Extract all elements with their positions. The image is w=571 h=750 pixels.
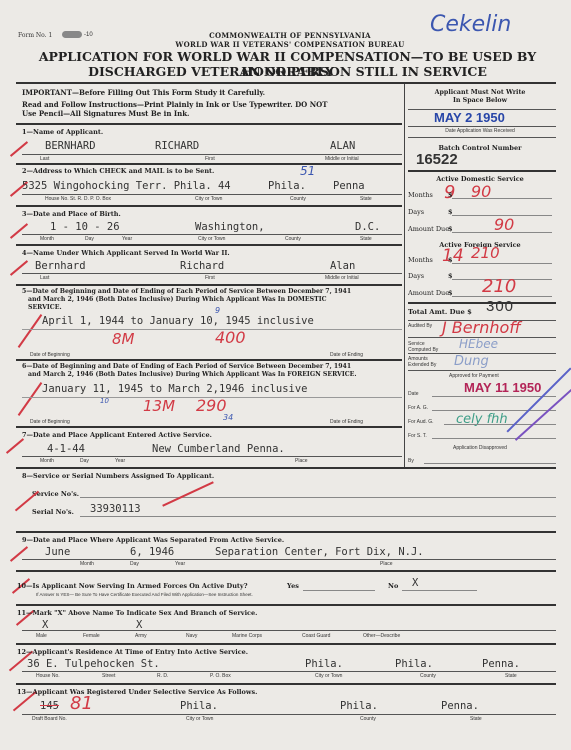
no-line bbox=[402, 590, 477, 591]
caption-place: Place bbox=[380, 561, 393, 567]
caption-last: Last bbox=[40, 275, 49, 281]
dom-days-label: Days bbox=[408, 208, 424, 216]
for-days-label: Days bbox=[408, 272, 424, 280]
foreign-months-annotation: 13M bbox=[143, 397, 175, 415]
field-line bbox=[22, 329, 402, 330]
caption-state: State bbox=[360, 236, 372, 242]
form-code: -10 bbox=[84, 32, 93, 38]
ag-label: For A. G. bbox=[408, 405, 428, 411]
caption-county: County bbox=[285, 236, 301, 242]
option-female[interactable]: Female bbox=[83, 633, 100, 639]
for-amount-value: 210 bbox=[482, 276, 516, 297]
caption-place: Place bbox=[295, 458, 308, 464]
caption-po-box: P. O. Box bbox=[210, 673, 231, 679]
rule bbox=[16, 205, 402, 207]
instruction-pencil: Use Pencil—All Signatures Must Be in Ink… bbox=[22, 109, 190, 118]
caption-city: City or Town bbox=[315, 673, 342, 679]
section-5-label-1: 5—Date of Beginning and Date of Ending o… bbox=[22, 288, 351, 295]
form-title-line-2: DISCHARGED VETERAN OR PERSON STILL IN SE… bbox=[10, 64, 565, 79]
form-number: Form No. 1 bbox=[18, 32, 52, 39]
section-3-label: 3—Date and Place of Birth. bbox=[22, 210, 121, 218]
residence-state[interactable]: Penna. bbox=[482, 658, 520, 670]
field-line bbox=[22, 630, 556, 631]
section-8-label: 8—Service or Serial Numbers Assigned To … bbox=[22, 472, 214, 480]
option-coast-guard[interactable]: Coast Guard bbox=[302, 633, 330, 639]
mailing-street[interactable]: 5325 Wingohocking Terr. Phila. 44 bbox=[22, 180, 231, 192]
disapproved-label: Application Disapproved bbox=[404, 445, 556, 451]
caption-rd: R. D. bbox=[157, 673, 168, 679]
field-line bbox=[452, 232, 552, 233]
rule bbox=[16, 426, 402, 428]
rule bbox=[16, 359, 402, 361]
active-duty-no-field[interactable]: X bbox=[412, 577, 418, 589]
option-navy[interactable]: Navy bbox=[186, 633, 197, 639]
applicant-first-name[interactable]: RICHARD bbox=[155, 140, 199, 152]
total-amount-value: 300 bbox=[486, 298, 514, 315]
caption-house-no: House No. bbox=[36, 673, 60, 679]
birth-date[interactable]: 1 - 10 - 26 bbox=[50, 221, 120, 233]
applicant-last-name[interactable]: BERNHARD bbox=[45, 140, 96, 152]
section-5-label-2: and March 2, 1946 (Both Dates Inclusive)… bbox=[28, 296, 327, 303]
for-months-amount: 210 bbox=[471, 244, 500, 262]
rule bbox=[408, 137, 556, 138]
instruction-read: Read and Follow Instructions—Print Plain… bbox=[22, 100, 327, 109]
caption-day: Day bbox=[80, 458, 89, 464]
entry-place[interactable]: New Cumberland Penna. bbox=[152, 443, 285, 455]
rule bbox=[16, 123, 402, 125]
active-duty-yes-label: Yes bbox=[287, 582, 299, 590]
dom-amount-label: Amount Due bbox=[408, 225, 449, 233]
caption-last: Last bbox=[40, 156, 49, 162]
residence-city[interactable]: Phila. bbox=[305, 658, 343, 670]
caption-street: Street bbox=[102, 673, 115, 679]
option-male[interactable]: Male bbox=[36, 633, 47, 639]
section-10-label: 10—Is Applicant Now Serving In Armed For… bbox=[17, 582, 248, 590]
check-mark bbox=[18, 314, 43, 348]
birth-city[interactable]: Washington, bbox=[195, 221, 265, 233]
field-line bbox=[22, 456, 402, 457]
audg-label: For Aud. G. bbox=[408, 419, 434, 425]
caption-end: Date of Ending bbox=[330, 419, 363, 425]
for-amount-label: Amount Due bbox=[408, 289, 449, 297]
rule bbox=[16, 163, 402, 165]
caption-day: Day bbox=[130, 561, 139, 567]
field-line bbox=[452, 263, 552, 264]
field-line bbox=[22, 273, 402, 274]
serial-numbers-field[interactable]: 33930113 bbox=[90, 503, 141, 515]
section-11-label: 11—Mark "X" Above Name To Indicate Sex A… bbox=[17, 609, 257, 617]
yes-line bbox=[303, 590, 375, 591]
agency-line-1: COMMONWEALTH OF PENNSYLVANIA bbox=[120, 31, 460, 40]
rule bbox=[16, 284, 402, 286]
section-9-label: 9—Date and Place Where Applicant Was Sep… bbox=[22, 536, 284, 544]
extended-label: Amounts Extended By bbox=[408, 356, 448, 368]
rule bbox=[16, 570, 556, 572]
field-line bbox=[432, 396, 556, 397]
caption-year: Year bbox=[122, 236, 132, 242]
agency-line-2: WORLD WAR II VETERANS' COMPENSATION BURE… bbox=[120, 40, 460, 49]
caption-end: Date of Ending bbox=[330, 352, 363, 358]
st-label: For S. T. bbox=[408, 433, 427, 439]
caption-begin: Date of Beginning bbox=[30, 352, 70, 358]
field-line bbox=[22, 194, 402, 195]
caption-first: First bbox=[205, 156, 215, 162]
section-6-label-1: 6—Date of Beginning and Date of Ending o… bbox=[22, 363, 351, 370]
check-mark bbox=[10, 223, 28, 239]
applicant-middle-name[interactable]: ALAN bbox=[330, 140, 355, 152]
rule bbox=[408, 302, 556, 304]
rule bbox=[16, 643, 556, 645]
rule bbox=[16, 604, 556, 606]
section-7-label: 7—Date and Place Applicant Entered Activ… bbox=[22, 431, 212, 439]
separation-month[interactable]: June bbox=[45, 546, 70, 558]
caption-city: City or Town bbox=[186, 716, 213, 722]
caption-first: First bbox=[205, 275, 215, 281]
active-duty-no-label: No bbox=[388, 582, 398, 590]
caption-county: County bbox=[290, 196, 306, 202]
approved-label: Approved for Payment bbox=[449, 373, 499, 379]
check-mark bbox=[6, 438, 24, 454]
rule bbox=[408, 126, 556, 127]
caption-city: City or Town bbox=[198, 236, 225, 242]
batch-number: 16522 bbox=[416, 151, 458, 168]
check-mark bbox=[162, 481, 214, 506]
section-1-label: 1—Name of Applicant. bbox=[22, 128, 103, 136]
service-numbers-line bbox=[80, 497, 556, 498]
audited-label: Audited By bbox=[408, 323, 438, 329]
serial-numbers-label: Serial No's. bbox=[32, 508, 74, 516]
foreign-amount-annotation: 290 bbox=[196, 396, 227, 415]
caption-state: State bbox=[360, 196, 372, 202]
field-line bbox=[22, 559, 556, 560]
section-5-label-3: SERVICE. bbox=[28, 304, 62, 311]
caption-year: Year bbox=[175, 561, 185, 567]
received-date-stamp: MAY 2 1950 bbox=[434, 110, 505, 125]
address-annotation: 51 bbox=[300, 164, 315, 178]
mailing-county[interactable]: Phila. bbox=[268, 180, 306, 192]
serial-numbers-line bbox=[80, 516, 556, 517]
field-line bbox=[452, 198, 552, 199]
field-line bbox=[22, 671, 556, 672]
active-duty-note: If Answer Is YES— Be Sure To Have Certif… bbox=[36, 592, 253, 597]
caption-state: State bbox=[505, 673, 517, 679]
audited-signature: J Bernhoff bbox=[442, 318, 521, 337]
dom-months-label: Months bbox=[408, 191, 433, 199]
caption-draft-board: Draft Board No. bbox=[32, 716, 67, 722]
section-6-label-2: and March 2, 1946 (Both Dates Inclusive)… bbox=[28, 371, 357, 378]
draft-city[interactable]: Phila. bbox=[180, 700, 218, 712]
section-2-label: 2—Address to Which CHECK and MAIL is to … bbox=[22, 167, 214, 175]
by-label: By bbox=[408, 458, 414, 464]
office-use-panel: Applicant Must Not Write In Space Below … bbox=[404, 84, 556, 468]
caption-month: Month bbox=[40, 458, 54, 464]
office-title-2: In Space Below bbox=[404, 97, 556, 104]
service-middle-name[interactable]: Alan bbox=[330, 260, 355, 272]
caption-city: City or Town bbox=[195, 196, 222, 202]
foreign-service-period[interactable]: January 11, 1945 to March 2,1946 inclusi… bbox=[42, 383, 308, 395]
caption-middle: Middle or Initial bbox=[325, 156, 359, 162]
mailing-state[interactable]: Penna bbox=[333, 180, 365, 192]
check-mark bbox=[18, 382, 43, 416]
draft-board-number[interactable]: 145 bbox=[40, 700, 59, 712]
entry-date[interactable]: 4-1-44 bbox=[47, 443, 85, 455]
caption-begin: Date of Beginning bbox=[30, 419, 70, 425]
domestic-annotation: 9 bbox=[215, 306, 220, 315]
caption-middle: Middle or Initial bbox=[325, 275, 359, 281]
extended-signature: Dung bbox=[454, 354, 489, 369]
date-label: Date bbox=[408, 391, 419, 397]
residence-county[interactable]: Phila. bbox=[395, 658, 433, 670]
residence-street[interactable]: 36 E. Tulpehocken St. bbox=[27, 658, 160, 670]
section-12-label: 12—Applicant's Residence At Time of Entr… bbox=[17, 648, 248, 656]
rule bbox=[16, 244, 402, 246]
office-title-1: Applicant Must Not Write bbox=[404, 89, 556, 96]
domestic-months-annotation: 8M bbox=[112, 330, 135, 348]
rule bbox=[16, 683, 556, 685]
service-first-name[interactable]: Richard bbox=[180, 260, 224, 272]
rule bbox=[16, 531, 556, 533]
field-line bbox=[22, 234, 402, 235]
service-last-name[interactable]: Bernhard bbox=[35, 260, 86, 272]
field-line bbox=[452, 296, 552, 297]
for-months-label: Months bbox=[408, 256, 433, 264]
caption-month: Month bbox=[80, 561, 94, 567]
draft-county[interactable]: Phila. bbox=[340, 700, 378, 712]
option-other[interactable]: Other—Describe bbox=[363, 633, 400, 639]
caption-month: Month bbox=[40, 236, 54, 242]
computed-label: Service Computed By bbox=[408, 341, 448, 353]
field-line bbox=[432, 438, 556, 439]
field-line bbox=[432, 410, 556, 411]
option-army[interactable]: Army bbox=[135, 633, 147, 639]
foreign-blue-annotation: 34 bbox=[223, 413, 233, 422]
separation-place[interactable]: Separation Center, Fort Dix, N.J. bbox=[215, 546, 424, 558]
total-amount-label: Total Amt. Due $ bbox=[408, 308, 472, 316]
rule bbox=[408, 370, 556, 371]
field-line bbox=[444, 424, 556, 425]
section-13-label: 13—Applicant Was Registered Under Select… bbox=[17, 688, 257, 696]
instruction-important: IMPORTANT—Before Filling Out This Form S… bbox=[22, 88, 265, 97]
caption-year: Year bbox=[115, 458, 125, 464]
computed-signature: HEbee bbox=[459, 337, 498, 351]
birth-state[interactable]: D.C. bbox=[355, 221, 380, 233]
option-marine-corps[interactable]: Marine Corps bbox=[232, 633, 262, 639]
foreign-small-annotation: 10 bbox=[100, 397, 109, 405]
draft-board-annotation: 81 bbox=[70, 693, 93, 714]
separation-day-year[interactable]: 6, 1946 bbox=[130, 546, 174, 558]
seal-icon bbox=[62, 31, 82, 38]
approved-date-stamp: MAY 11 1950 bbox=[464, 380, 541, 395]
received-caption: Date Application Was Received bbox=[404, 128, 556, 134]
field-line bbox=[22, 714, 556, 715]
compensation-application-form: Form No. 1 -10 Cekelin COMMONWEALTH OF P… bbox=[0, 0, 571, 750]
rule bbox=[408, 170, 556, 172]
field-line bbox=[22, 154, 402, 155]
caption-county: County bbox=[360, 716, 376, 722]
domestic-service-period[interactable]: April 1, 1944 to January 10, 1945 inclus… bbox=[42, 315, 314, 327]
section-4-label: 4—Name Under Which Applicant Served In W… bbox=[22, 249, 230, 257]
caption-day: Day bbox=[85, 236, 94, 242]
domestic-amount-annotation: 400 bbox=[215, 328, 246, 347]
caption-county: County bbox=[420, 673, 436, 679]
caption-state: State bbox=[470, 716, 482, 722]
caption-street: House No. St. R. D. P. O. Box bbox=[45, 196, 111, 202]
draft-state[interactable]: Penna. bbox=[441, 700, 479, 712]
field-line bbox=[424, 463, 556, 464]
